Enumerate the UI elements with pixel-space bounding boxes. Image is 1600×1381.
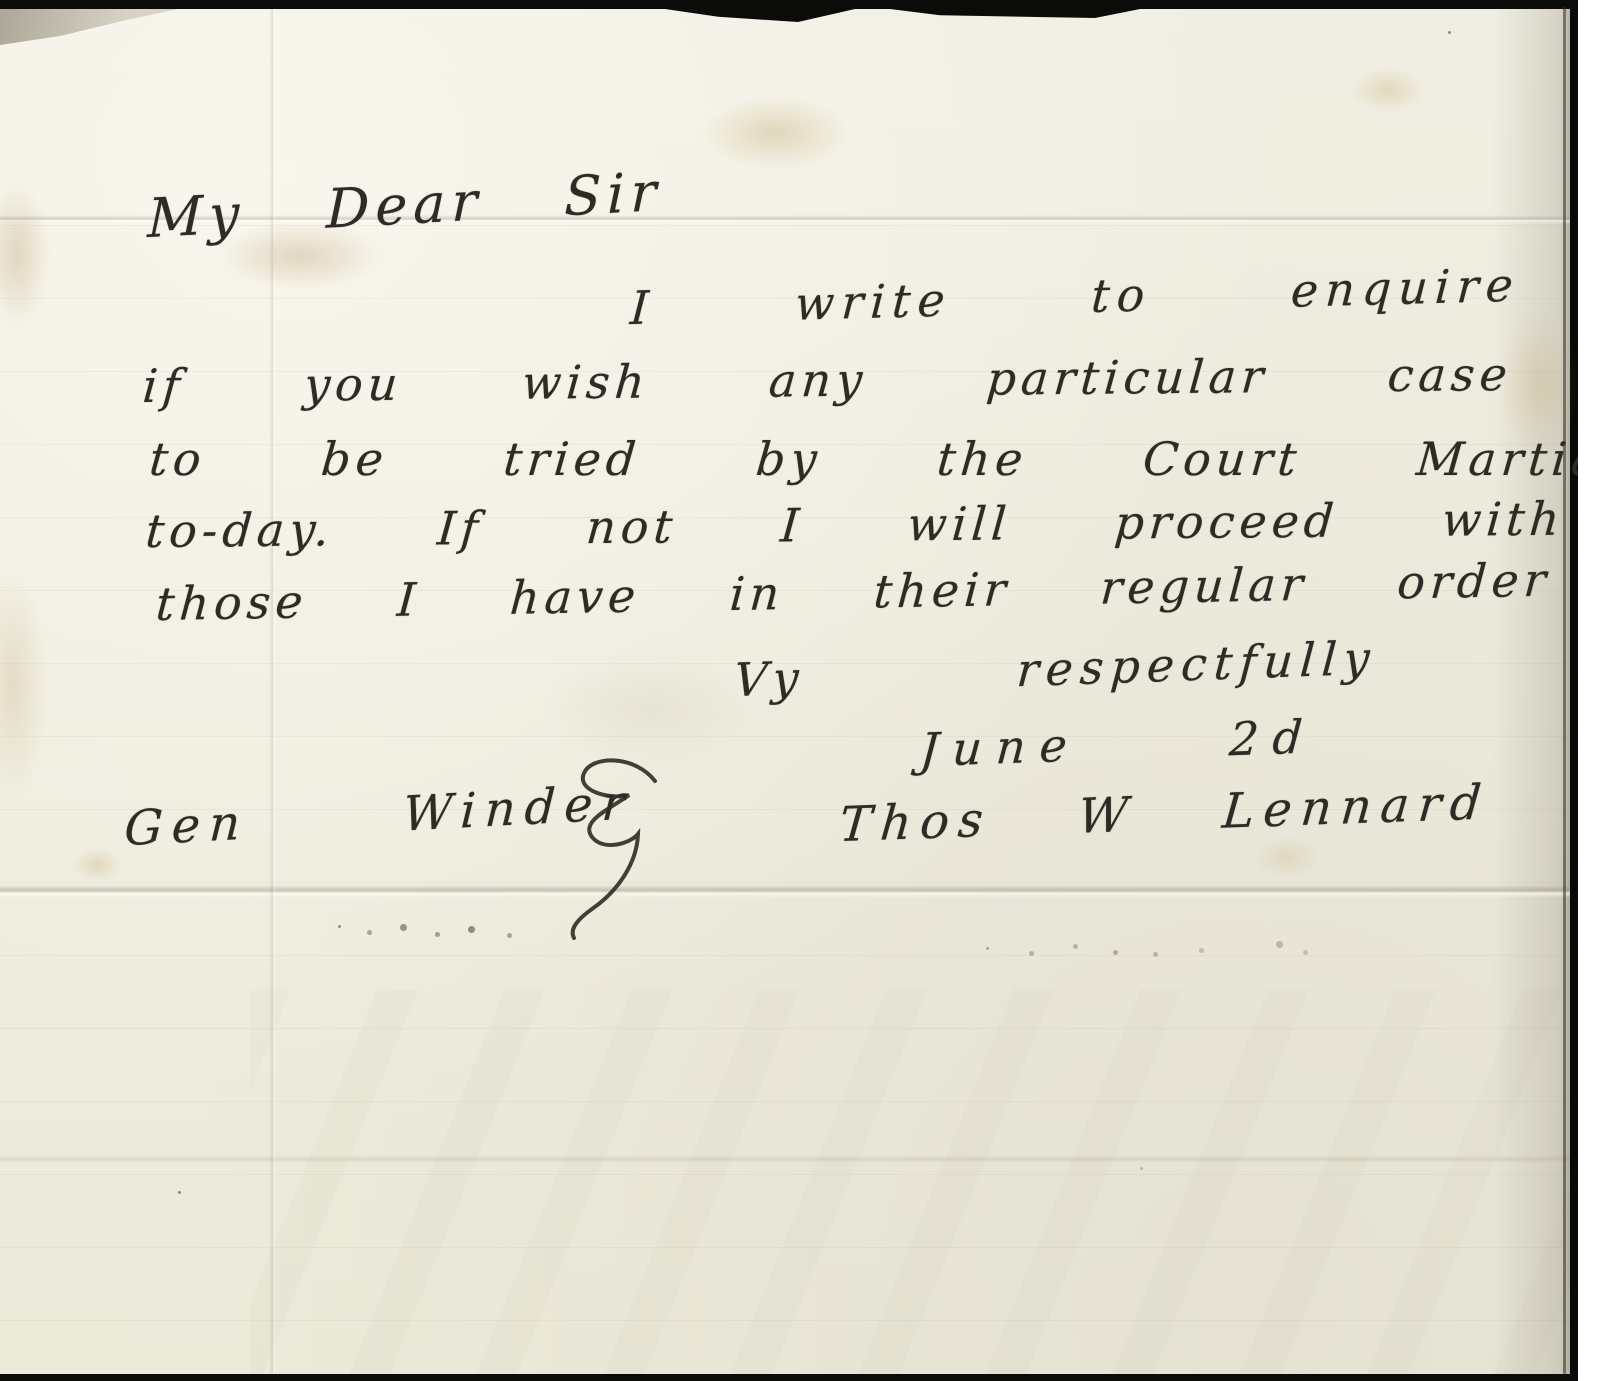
letter-scan: My Dear Sir I write to enquire if you wi… <box>0 0 1600 1381</box>
paper-edge-shadow <box>1563 6 1566 1374</box>
opening-line: I write to enquire <box>629 258 1522 335</box>
fold-crease-horizontal <box>0 885 1570 898</box>
ink-speck <box>1448 31 1451 34</box>
body-line-1: if you wish any particular case <box>141 347 1514 413</box>
scanner-edge-top <box>0 0 1578 9</box>
paper-stain <box>1252 835 1322 879</box>
paper-stain <box>0 569 48 799</box>
signature-line: Thos W Lennard <box>837 774 1492 853</box>
pen-flourish-mark <box>540 751 660 941</box>
paper-wrinkles <box>250 989 1570 1379</box>
torn-edge-notch <box>890 9 1140 18</box>
paper-stain <box>0 179 52 329</box>
ink-specks <box>338 925 341 928</box>
ink-specks <box>986 947 989 950</box>
fold-crease-horizontal <box>0 1155 1570 1163</box>
ink-speck <box>178 1191 181 1194</box>
letter-paper: My Dear Sir I write to enquire if you wi… <box>0 9 1570 1374</box>
closing-line: Vy respectfully <box>732 631 1378 708</box>
scan-margin-right <box>1578 0 1600 1381</box>
paper-stain <box>1350 67 1426 113</box>
body-line-2: to be tried by the Court Martial <box>147 432 1600 486</box>
torn-corner-top-left <box>0 9 178 47</box>
salutation-line: My Dear Sir <box>147 160 663 250</box>
date-line: June 2d <box>918 709 1318 777</box>
paper-stain <box>700 95 850 171</box>
body-line-4: those I have in their regular order <box>154 553 1553 631</box>
ink-speck <box>1140 1167 1143 1170</box>
torn-edge-notch <box>665 9 855 22</box>
paper-stain <box>72 847 122 883</box>
body-line-3: to-day. If not I will proceed with <box>144 492 1567 558</box>
scanner-edge-bottom <box>0 1374 1578 1381</box>
